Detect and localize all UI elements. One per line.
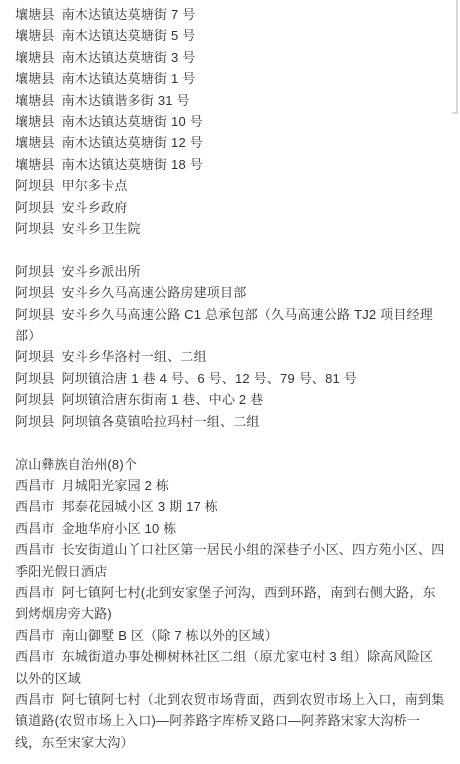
address-text: 甲尔多卡点 [62, 178, 128, 193]
county-label: 阿坝县 [15, 264, 55, 279]
county-label: 西昌市 [15, 692, 55, 707]
county-label: 阿坝县 [15, 371, 55, 386]
address-text: 安斗乡政府 [62, 200, 128, 215]
county-label: 西昌市 [15, 478, 55, 493]
risk-area-entry: 西昌市阿七镇阿七村(北到安家堡子河沟，西到环路，南到右侧大路，东到烤烟房旁大路) [15, 582, 446, 625]
county-label: 西昌市 [15, 649, 55, 664]
county-label: 阿坝县 [15, 307, 55, 322]
address-text: 南木达镇谐多街 31 号 [62, 93, 190, 108]
county-label: 壤塘县 [15, 135, 55, 150]
address-text: 南木达镇达莫塘街 3 号 [62, 50, 196, 65]
address-text: 阿坝镇洽唐东街南 1 巷、中心 2 巷 [62, 392, 264, 407]
blank-line [15, 432, 446, 453]
risk-area-entry: 壤塘县南木达镇达莫塘街 3 号 [15, 47, 446, 68]
county-label: 西昌市 [15, 521, 55, 536]
county-label: 壤塘县 [15, 157, 55, 172]
county-label: 壤塘县 [15, 50, 55, 65]
address-text: 阿七镇阿七村(北到安家堡子河沟，西到环路，南到右侧大路，东到烤烟房旁大路) [15, 585, 436, 621]
risk-area-entry: 西昌市金地华府小区 10 栋 [15, 518, 446, 539]
address-text: 阿坝镇洽唐 1 巷 4 号、6 号、12 号、79 号、81 号 [62, 371, 357, 386]
risk-area-entry: 西昌市阿七镇阿七村（北到农贸市场背面，西到农贸市场上入口，南到集镇道路(农贸市场… [15, 689, 446, 753]
risk-area-entry: 壤塘县南木达镇达莫塘街 5 号 [15, 25, 446, 46]
county-label: 阿坝县 [15, 285, 55, 300]
county-label: 阿坝县 [15, 414, 55, 429]
risk-area-entry: 阿坝县安斗乡华洛村一组、二组 [15, 346, 446, 367]
risk-area-entry: 西昌市南山御墅 B 区（除 7 栋以外的区域） [15, 625, 446, 646]
address-text: 安斗乡华洛村一组、二组 [62, 349, 207, 364]
risk-area-entry: 阿坝县安斗乡卫生院 [15, 218, 446, 239]
risk-area-entry: 西昌市长安街道山丫口社区第一居民小组的深巷子小区、四方苑小区、四季阳光假日酒店 [15, 539, 446, 582]
risk-area-entry: 阿坝县甲尔多卡点 [15, 175, 446, 196]
risk-area-entry: 西昌市邦泰花园城小区 3 期 17 栋 [15, 496, 446, 517]
address-text: 金地华府小区 10 栋 [62, 521, 177, 536]
address-text: 南木达镇达莫塘街 5 号 [62, 28, 196, 43]
risk-area-entry: 西昌市东城街道办事处柳树林社区二组（原尤家屯村 3 组）除高风险区以外的区域 [15, 646, 446, 689]
county-label: 西昌市 [15, 542, 55, 557]
address-text: 阿七镇阿七村（北到农贸市场背面，西到农贸市场上入口，南到集镇道路(农贸市场上入口… [15, 692, 444, 750]
risk-area-entry: 壤塘县南木达镇达莫塘街 18 号 [15, 154, 446, 175]
risk-area-entry: 壤塘县南木达镇达莫塘街 7 号 [15, 4, 446, 25]
county-label: 西昌市 [15, 585, 55, 600]
risk-area-entry: 壤塘县南木达镇达莫塘街 10 号 [15, 111, 446, 132]
address-text: 南木达镇达莫塘街 18 号 [62, 157, 203, 172]
county-label: 阿坝县 [15, 178, 55, 193]
county-label: 壤塘县 [15, 114, 55, 129]
county-label: 西昌市 [15, 628, 55, 643]
section-header-label: 凉山彝族自治州(8)个 [15, 457, 137, 472]
scrollbar-thumb[interactable] [456, 0, 458, 114]
risk-area-entry: 阿坝县安斗乡政府 [15, 197, 446, 218]
address-text: 邦泰花园城小区 3 期 17 栋 [62, 499, 218, 514]
county-label: 西昌市 [15, 499, 55, 514]
address-text: 长安街道山丫口社区第一居民小组的深巷子小区、四方苑小区、四季阳光假日酒店 [15, 542, 444, 578]
county-label: 阿坝县 [15, 200, 55, 215]
address-text: 南木达镇达莫塘街 12 号 [62, 135, 203, 150]
risk-area-entry: 壤塘县南木达镇谐多街 31 号 [15, 90, 446, 111]
risk-area-list: 壤塘县南木达镇达莫塘街 7 号壤塘县南木达镇达莫塘街 5 号壤塘县南木达镇达莫塘… [0, 0, 460, 753]
address-text: 安斗乡久马高速公路 C1 总承包部（久马高速公路 TJ2 项目经理部） [15, 307, 433, 343]
risk-area-entry: 壤塘县南木达镇达莫塘街 12 号 [15, 132, 446, 153]
section-header: 凉山彝族自治州(8)个 [15, 454, 446, 475]
county-label: 阿坝县 [15, 392, 55, 407]
risk-area-entry: 阿坝县阿坝镇洽唐东街南 1 巷、中心 2 巷 [15, 389, 446, 410]
address-text: 南木达镇达莫塘街 10 号 [62, 114, 203, 129]
risk-area-entry: 西昌市月城阳光家园 2 栋 [15, 475, 446, 496]
county-label: 壤塘县 [15, 71, 55, 86]
risk-area-entry: 阿坝县安斗乡久马高速公路房建项目部 [15, 282, 446, 303]
risk-area-entry: 壤塘县南木达镇达莫塘街 1 号 [15, 68, 446, 89]
address-text: 阿坝镇各莫镇哈拉玛村一组、二组 [62, 414, 260, 429]
address-text: 南木达镇达莫塘街 7 号 [62, 7, 196, 22]
risk-area-entry: 阿坝县阿坝镇洽唐 1 巷 4 号、6 号、12 号、79 号、81 号 [15, 368, 446, 389]
county-label: 阿坝县 [15, 221, 55, 236]
county-label: 壤塘县 [15, 93, 55, 108]
address-text: 安斗乡久马高速公路房建项目部 [62, 285, 247, 300]
risk-area-entry: 阿坝县安斗乡派出所 [15, 261, 446, 282]
address-text: 安斗乡卫生院 [62, 221, 141, 236]
address-text: 南木达镇达莫塘街 1 号 [62, 71, 196, 86]
address-text: 安斗乡派出所 [62, 264, 141, 279]
risk-area-entry: 阿坝县阿坝镇各莫镇哈拉玛村一组、二组 [15, 411, 446, 432]
address-text: 月城阳光家园 2 栋 [62, 478, 169, 493]
address-text: 东城街道办事处柳树林社区二组（原尤家屯村 3 组）除高风险区以外的区域 [15, 649, 433, 685]
address-text: 南山御墅 B 区（除 7 栋以外的区域） [62, 628, 278, 643]
risk-area-entry: 阿坝县安斗乡久马高速公路 C1 总承包部（久马高速公路 TJ2 项目经理部） [15, 304, 446, 347]
blank-line [15, 239, 446, 260]
county-label: 壤塘县 [15, 7, 55, 22]
county-label: 壤塘县 [15, 28, 55, 43]
county-label: 阿坝县 [15, 349, 55, 364]
